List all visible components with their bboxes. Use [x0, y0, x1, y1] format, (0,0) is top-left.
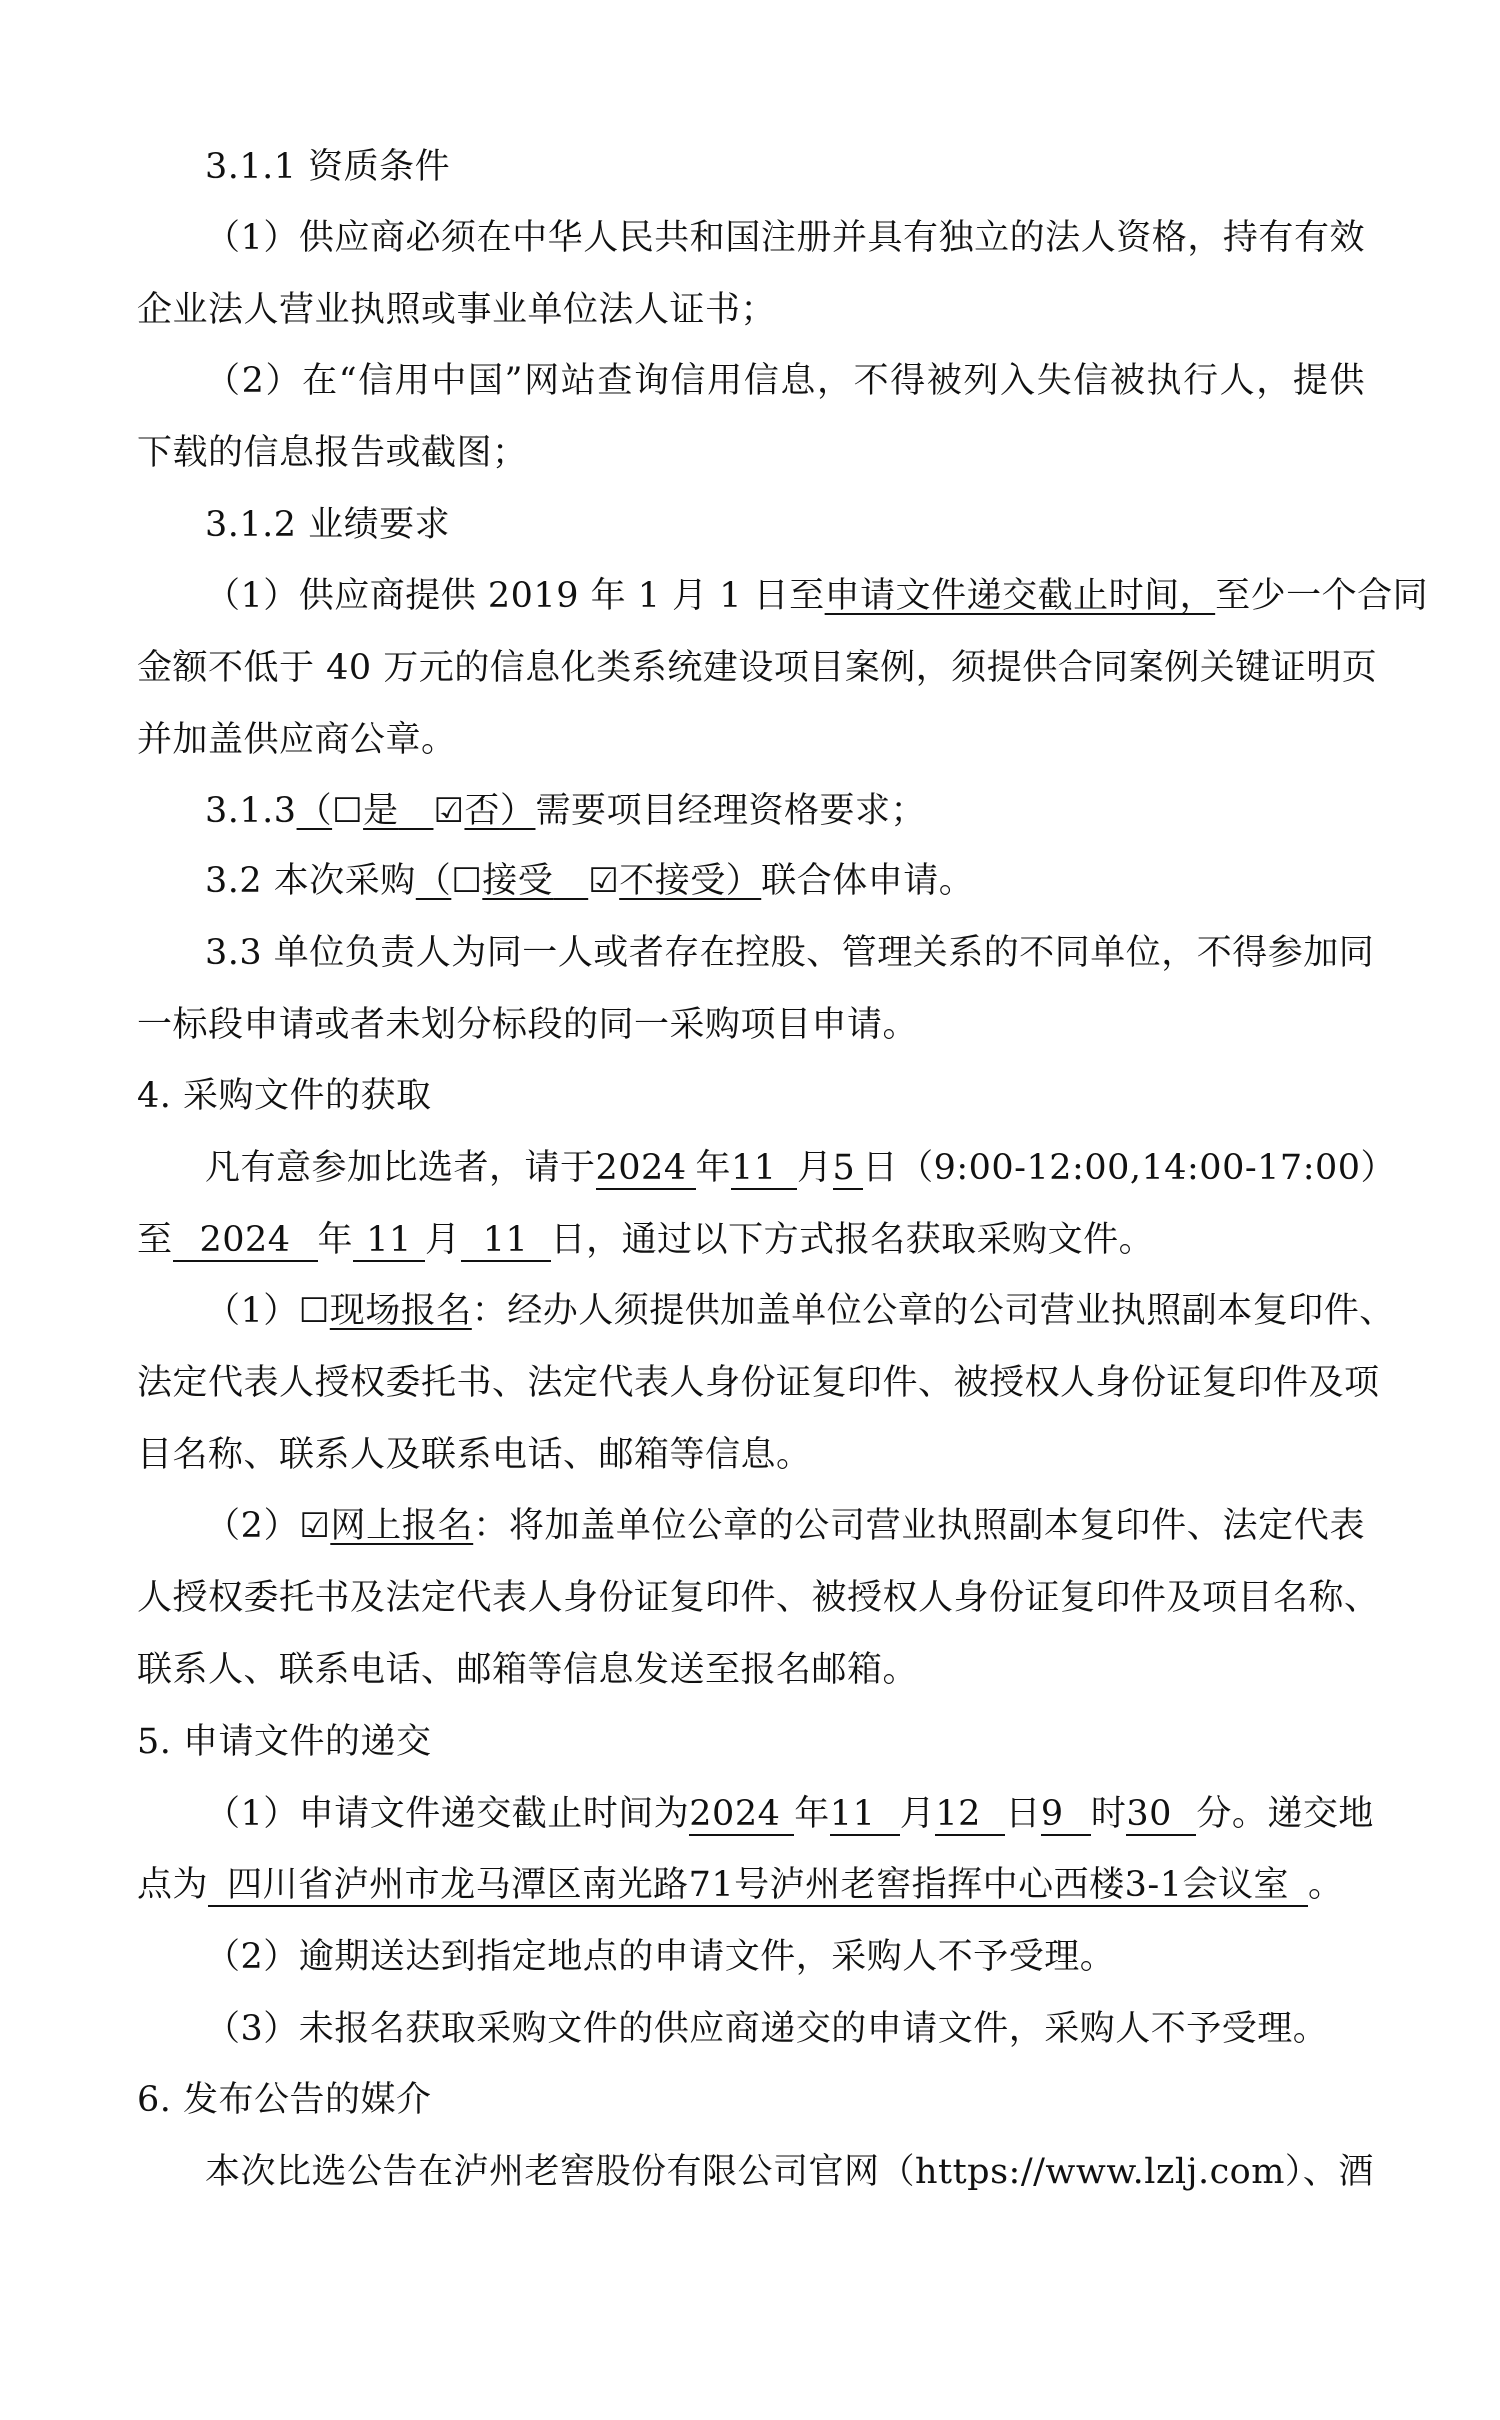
- deadline-text: （1）申请文件递交截止时间为: [205, 1794, 689, 1834]
- deadline-day-field: 12: [935, 1794, 1005, 1836]
- section-3-2: 3.2 本次采购（☐接受 ☑不接受）联合体申请。: [205, 845, 1365, 917]
- deadline-hour-field: 9: [1041, 1794, 1091, 1836]
- consortium-text: 联合体申请。: [761, 861, 974, 901]
- contract-requirement-text: 至少一个合同: [1215, 576, 1428, 616]
- end-year-field: 2024: [173, 1220, 318, 1262]
- manager-requirement-text: 需要项目经理资格要求；: [535, 791, 926, 831]
- checkbox-checked-icon[interactable]: ☑: [299, 1490, 330, 1562]
- section-3-1-1-item-2-line-2: 下载的信息报告或截图；: [137, 417, 1365, 489]
- checkbox-unchecked-icon[interactable]: ☐: [299, 1275, 330, 1347]
- checkbox-unchecked-icon[interactable]: ☐: [332, 775, 363, 847]
- onsite-registration-line-3: 目名称、联系人及联系电话、邮箱等信息。: [137, 1419, 1365, 1491]
- document-page: 3.1.1 资质条件 （1）供应商必须在中华人民共和国注册并具有独立的法人资格，…: [0, 0, 1500, 2420]
- consortium-options: （☐接受 ☑不接受）: [416, 861, 761, 901]
- online-registration-line-1: （2）☑网上报名：将加盖单位公章的公司营业执照副本复印件、法定代表: [205, 1490, 1365, 1562]
- publication-media-line-1: 本次比选公告在泸州老窖股份有限公司官网（https://www.lzlj.com…: [205, 2136, 1365, 2208]
- online-registration-line-2: 人授权委托书及法定代表人身份证复印件、被授权人身份证复印件及项目名称、: [137, 1562, 1365, 1634]
- office-hours: （9:00-12:00,14:00-17:00）: [898, 1148, 1396, 1188]
- deadline-minute-field: 30: [1126, 1794, 1196, 1836]
- online-registration-text: ：将加盖单位公章的公司营业执照副本复印件、法定代表: [473, 1506, 1365, 1546]
- day-label: 日: [1005, 1794, 1041, 1834]
- checkbox-checked-icon[interactable]: ☑: [588, 845, 619, 917]
- start-day-field: 5: [833, 1148, 863, 1190]
- online-registration-label: 网上报名: [330, 1506, 473, 1546]
- to-label: 至: [137, 1220, 173, 1260]
- onsite-registration-label: 现场报名: [330, 1291, 472, 1331]
- invite-text: 凡有意参加比选者，请于: [205, 1148, 596, 1188]
- performance-period-text: （1）供应商提供 2019 年 1 月 1 日至: [205, 576, 825, 616]
- deadline-underlined-text: 申请文件递交截止时间，: [825, 576, 1216, 616]
- end-month-field: 11: [353, 1220, 425, 1262]
- online-registration-line-3: 联系人、联系电话、邮箱等信息发送至报名邮箱。: [137, 1634, 1365, 1706]
- start-month-field: 11: [731, 1148, 797, 1190]
- section-4-para-line-1: 凡有意参加比选者，请于2024年11月5日（9:00-12:00,14:00-1…: [205, 1132, 1365, 1204]
- onsite-registration-line-2: 法定代表人授权委托书、法定代表人身份证复印件、被授权人身份证复印件及项: [137, 1347, 1365, 1419]
- month-label: 月: [425, 1220, 461, 1260]
- section-4-heading: 4. 采购文件的获取: [137, 1060, 1365, 1132]
- day-label: 日: [551, 1220, 587, 1260]
- submission-address-line: 点为四川省泸州市龙马潭区南光路71号泸州老窖指挥中心西楼3-1会议室。: [137, 1849, 1365, 1921]
- section-3-1-2-title: 3.1.2 业绩要求: [205, 489, 1365, 561]
- section-5-heading: 5. 申请文件的递交: [137, 1706, 1365, 1778]
- year-label: 年: [318, 1220, 354, 1260]
- minute-label: 分。递交地: [1196, 1794, 1374, 1834]
- deadline-year-field: 2024: [689, 1794, 794, 1836]
- checkbox-checked-icon[interactable]: ☑: [433, 775, 464, 847]
- manager-requirement-options: （☐是 ☑否）: [297, 791, 536, 831]
- submission-address-field: 四川省泸州市龙马潭区南光路71号泸州老窖指挥中心西楼3-1会议室: [208, 1865, 1308, 1907]
- section-3-1-1-item-1-line-1: （1）供应商必须在中华人民共和国注册并具有独立的法人资格，持有有效: [205, 202, 1365, 274]
- section-3-1-2-item-1-line-2: 金额不低于 40 万元的信息化类系统建设项目案例，须提供合同案例关键证明页: [137, 632, 1365, 704]
- section-3-3-line-2: 一标段申请或者未划分标段的同一采购项目申请。: [137, 989, 1365, 1061]
- section-3-3-line-1: 3.3 单位负责人为同一人或者存在控股、管理关系的不同单位，不得参加同: [205, 917, 1365, 989]
- section-3-1-1-title: 3.1.1 资质条件: [205, 131, 1365, 203]
- close-paren: ）: [500, 791, 536, 831]
- month-label: 月: [900, 1794, 936, 1834]
- month-label: 月: [797, 1148, 833, 1188]
- onsite-registration-option: ☐现场报名: [299, 1291, 472, 1331]
- section-4-para-line-2: 至2024年11月11日，通过以下方式报名获取采购文件。: [137, 1204, 1365, 1276]
- deadline-month-field: 11: [830, 1794, 900, 1836]
- section-3-1-2-item-1-line-3: 并加盖供应商公章。: [137, 704, 1365, 776]
- open-paren: （: [297, 791, 333, 831]
- section-3-1-1-item-2-line-1: （2）在“信用中国”网站查询信用信息，不得被列入失信被执行人，提供: [205, 345, 1365, 417]
- unregistered-submission-rule: （3）未报名获取采购文件的供应商递交的申请文件，采购人不予受理。: [205, 1993, 1365, 2065]
- end-day-field: 11: [461, 1220, 551, 1262]
- section-3-1-3-number: 3.1.3: [205, 791, 297, 831]
- close-paren: ）: [726, 861, 762, 901]
- checkbox-unchecked-icon[interactable]: ☐: [451, 845, 482, 917]
- section-3-1-3: 3.1.3（☐是 ☑否）需要项目经理资格要求；: [205, 775, 1365, 847]
- open-paren: （: [416, 861, 452, 901]
- year-label: 年: [794, 1794, 830, 1834]
- option-accept-label: 接受: [482, 861, 553, 901]
- section-3-2-prefix: 3.2 本次采购: [205, 861, 416, 901]
- start-year-field: 2024: [596, 1148, 696, 1190]
- hour-label: 时: [1091, 1794, 1127, 1834]
- option-yes-label: 是: [363, 791, 399, 831]
- registration-method-text: ，通过以下方式报名获取采购文件。: [586, 1220, 1154, 1260]
- item-number: （1）: [205, 1291, 299, 1331]
- address-suffix: 。: [1308, 1865, 1344, 1905]
- day-label: 日: [863, 1148, 899, 1188]
- onsite-registration-line-1: （1）☐现场报名：经办人须提供加盖单位公章的公司营业执照副本复印件、: [205, 1275, 1365, 1347]
- section-3-1-1-item-1-line-2: 企业法人营业执照或事业单位法人证书；: [137, 274, 1365, 346]
- submission-deadline-line-1: （1）申请文件递交截止时间为2024年11月12日9时30分。递交地: [205, 1778, 1365, 1850]
- option-no-label: 否: [464, 791, 500, 831]
- item-number: （2）: [205, 1506, 299, 1546]
- late-submission-rule: （2）逾期送达到指定地点的申请文件，采购人不予受理。: [205, 1921, 1365, 1993]
- year-label: 年: [696, 1148, 732, 1188]
- section-6-heading: 6. 发布公告的媒介: [137, 2064, 1365, 2136]
- online-registration-option: ☑网上报名: [299, 1506, 473, 1546]
- onsite-registration-text: ：经办人须提供加盖单位公章的公司营业执照副本复印件、: [472, 1291, 1395, 1331]
- section-3-1-2-item-1-line-1: （1）供应商提供 2019 年 1 月 1 日至申请文件递交截止时间，至少一个合…: [205, 560, 1365, 632]
- option-reject-label: 不接受: [619, 861, 726, 901]
- address-prefix: 点为: [137, 1865, 208, 1905]
